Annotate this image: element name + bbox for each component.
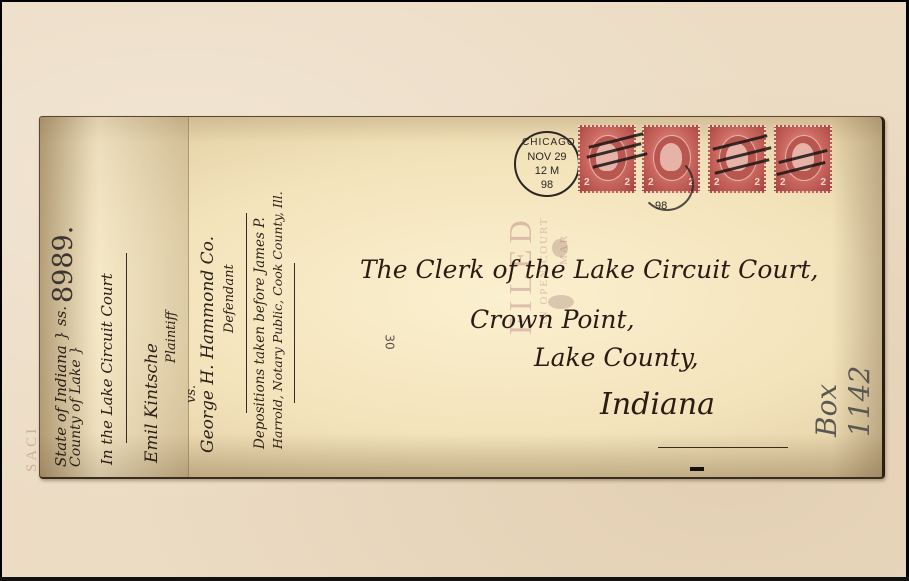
postmark-date: NOV 29 <box>520 151 574 163</box>
postmark: CHICAGO NOV 29 12 M 98 <box>514 131 580 197</box>
plaintiff-name: Emil Kintsche <box>142 343 162 463</box>
address-recipient: The Clerk of the Lake Circuit Court, <box>360 255 818 284</box>
envelope: State of Indiana } ss. County of Lake } … <box>39 116 885 479</box>
stamp-value: 2 <box>624 177 630 188</box>
deposition-note-line2: Harrold, Notary Public, Cook County, Ill… <box>270 191 285 449</box>
docket-endorsement: State of Indiana } ss. County of Lake } … <box>46 113 346 473</box>
venue-county: County of Lake } <box>68 346 84 467</box>
divider <box>126 253 127 443</box>
pencil-number: 30 <box>383 334 397 349</box>
defendant-name: George H. Hammond Co. <box>198 236 218 453</box>
address-city: Crown Point, <box>470 305 635 334</box>
postmark-time: 12 M <box>520 165 574 177</box>
postmark-secondary-year: 98 <box>655 200 667 212</box>
postmark-city: CHICAGO <box>522 137 572 148</box>
divider <box>246 213 247 413</box>
divider <box>294 263 295 403</box>
ink-mark <box>690 467 704 471</box>
address-underline <box>658 447 788 448</box>
stamp-value: 2 <box>820 177 826 188</box>
case-number: 8989. <box>48 226 79 303</box>
scan-border <box>0 577 909 581</box>
stamp-value: 2 <box>754 177 760 188</box>
box-label: Box 1142 <box>810 365 876 437</box>
stamp-value: 2 <box>584 177 590 188</box>
defendant-role: Defendant <box>222 264 237 333</box>
backing-paper: SACI THI FACI State of Indiana } ss. Cou… <box>2 2 906 577</box>
postmark-year: 98 <box>520 179 574 191</box>
court-name: In the Lake Circuit Court <box>98 273 116 465</box>
versus: vs. <box>184 385 199 403</box>
plaintiff-role: Plaintiff <box>164 311 179 363</box>
deposition-note-line1: Depositions taken before James P. <box>252 217 268 449</box>
address-state: Indiana <box>600 387 715 422</box>
postage-stamps: 2 2 2 2 2 2 2 2 <box>578 125 838 197</box>
address-county: Lake County, <box>534 343 699 372</box>
stamp-value: 2 <box>714 177 720 188</box>
stamp-value: 2 <box>780 177 786 188</box>
